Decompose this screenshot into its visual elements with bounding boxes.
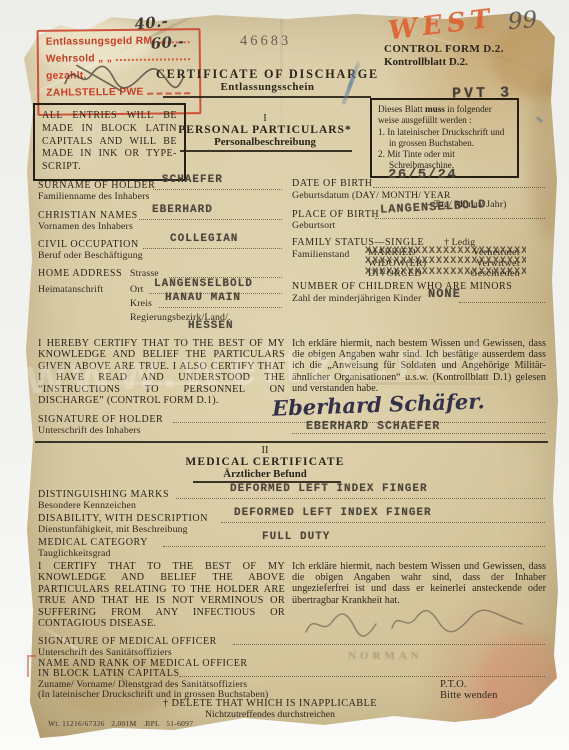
christian-names-label: CHRISTIAN NAMES <box>38 210 138 221</box>
christian-names-value: EBERHARD <box>152 204 213 216</box>
bezirk-value: HESSEN <box>188 320 234 332</box>
pto-label: P.T.O. <box>440 679 467 690</box>
disability-value: DEFORMED LEFT INDEX FINGER <box>234 507 432 519</box>
distinguishing-marks-value: DEFORMED LEFT INDEX FINGER <box>230 483 428 495</box>
section1-underline <box>180 150 352 152</box>
english-notice-text: ALL ENTRIES WILL BE MADE IN BLOCK LATIN … <box>42 110 177 172</box>
print-code: Wt. 11216/67326 2,001M .BPL 51-6097 <box>48 719 193 728</box>
section2-title-en: MEDICAL CERTIFICATE <box>165 456 365 468</box>
title-underline <box>163 96 371 98</box>
medical-officer-name-line <box>179 668 545 677</box>
family-status-label-de: Familienstand <box>292 249 349 260</box>
section2-number: II <box>165 445 365 456</box>
section1-title-de: Personalbeschreibung <box>165 136 365 148</box>
occupation-label-de: Beruf oder Beschäftigung <box>38 250 143 261</box>
handwritten-west-note: WEST <box>387 4 497 47</box>
pto-label-de: Bitte wenden <box>440 690 498 701</box>
medical-declaration-en: I CERTIFY THAT TO THE BEST OF MY KNOWLED… <box>38 561 285 629</box>
home-address-label: HOME ADDRESS <box>38 268 122 279</box>
pob-label-de: Geburtsort <box>292 220 335 231</box>
holder-typed-name-line <box>292 425 545 434</box>
medical-category-label: MEDICAL CATEGORY <box>38 537 148 548</box>
children-label: NUMBER OF CHILDREN WHO ARE MINORS <box>292 281 512 292</box>
ort-label: Ort <box>130 284 144 295</box>
german-instructions-box: Dieses Blatt muss in folgender weise aus… <box>370 98 519 178</box>
children-line <box>459 294 545 303</box>
medical-category-label-de: Tauglichkeitsgrad <box>38 548 111 559</box>
children-label-de: Zahl der minderjährigen Kinder <box>292 293 421 304</box>
delete-note-en: † DELETE THAT WHICH IS INAPPLICABLE <box>120 698 420 709</box>
serial-number-stamp: 46683 <box>240 33 291 50</box>
distinguishing-marks-label: DISTINGUISHING MARKS <box>38 489 169 500</box>
christian-names-label-de: Vornamen des Inhabers <box>38 221 133 232</box>
red-pencil-bracket <box>27 655 36 677</box>
dob-value: 26/5/24 <box>388 167 457 183</box>
kreis-label: Kreis <box>130 298 152 309</box>
pencil-number-note: 99 <box>507 7 538 35</box>
control-form-subtitle: Kontrollblatt D.2. <box>384 56 468 68</box>
section2-title-de: Ärztlicher Befund <box>165 468 365 480</box>
medical-officer-signature-label-de: Unterschrift des Sanitätsoffiziers <box>38 647 172 658</box>
control-form-title: CONTROL FORM D.2. <box>384 43 504 55</box>
medical-category-value: FULL DUTY <box>262 531 330 543</box>
medical-category-line <box>163 538 545 547</box>
occupation-value: COLLEGIAN <box>170 233 238 245</box>
holder-declaration-de: Ich erkläre hiermit, nach bestem Wissen … <box>292 338 546 394</box>
medical-declaration-de: Ich erkläre hiermit, nach bestem Wissen … <box>292 561 546 606</box>
english-notice-box: ALL ENTRIES WILL BE MADE IN BLOCK LATIN … <box>33 103 186 181</box>
handwritten-amount-2: 60.- <box>150 32 185 53</box>
german-notice-intro: Dieses Blatt muss in folgender weise aus… <box>378 104 511 127</box>
medical-officer-name-label-2: IN BLOCK LATIN CAPITALS <box>38 668 180 679</box>
ort-value: LANGENSELBOLD <box>154 278 253 290</box>
holder-signature-label-de: Unterschrift des Inhabers <box>38 425 141 436</box>
section1-number: I <box>165 113 365 124</box>
surname-value: SCHAEFER <box>162 174 223 186</box>
kreis-value: HANAU MAIN <box>165 292 241 304</box>
street-line <box>169 269 282 278</box>
surname-label-de: Familienname des Inhabers <box>38 191 149 202</box>
disability-label-de: Dienstunfähigkeit, mit Beschreibung <box>38 524 188 535</box>
children-value: NONE <box>428 287 461 301</box>
strike-x-overlay: XXXXXXXXXXXXXXXXXXXXXXXXXX <box>365 256 526 267</box>
section-divider <box>35 441 548 443</box>
disability-label: DISABILITY, WITH DESCRIPTION <box>38 513 208 524</box>
holder-declaration-en: I HEREBY CERTIFY THAT TO THE BEST OF MY … <box>38 338 285 406</box>
pob-label: PLACE OF BIRTH <box>292 209 379 220</box>
medical-officer-name-bleedthrough: NORMAN <box>348 650 423 662</box>
occupation-label: CIVIL OCCUPATION <box>38 239 139 250</box>
photo-background: Entlassungsgeld RM. Wehrsold „ „ gezahlt… <box>0 0 569 750</box>
dob-label: DATE OF BIRTH <box>292 178 373 189</box>
holder-signature-label: SIGNATURE OF HOLDER <box>38 414 163 425</box>
strike-x-overlay: XXXXXXXXXXXXXXXXXXXXXXXXXX <box>365 246 526 257</box>
stamp-line-discharge-money: Entlassungsgeld RM. <box>46 36 156 48</box>
german-notice-item-1: 1. In lateinischer Druckschrift und in g… <box>378 127 511 150</box>
family-status-options: MARRIED Verheiratet XXXXXXXXXXXXXXXXXXXX… <box>368 247 520 279</box>
surname-label: SURNAME OF HOLDER <box>38 180 155 191</box>
family-option-divorced: DIVORCED Geschieden XXXXXXXXXXXXXXXXXXXX… <box>368 268 520 279</box>
medical-officer-signature-label: SIGNATURE OF MEDICAL OFFICER <box>38 636 217 647</box>
home-address-label-de: Heimatanschrift <box>38 284 103 295</box>
handwritten-amount-1: 40.- <box>134 12 169 34</box>
strike-x-overlay: XXXXXXXXXXXXXXXXXXXXXXXXXX <box>365 267 526 278</box>
section1-title-en: PERSONAL PARTICULARS* <box>165 124 365 136</box>
medical-officer-signature-handwriting <box>300 606 530 640</box>
blue-pencil-speck <box>536 116 543 123</box>
distinguishing-marks-label-de: Besondere Kennzeichen <box>38 500 136 511</box>
